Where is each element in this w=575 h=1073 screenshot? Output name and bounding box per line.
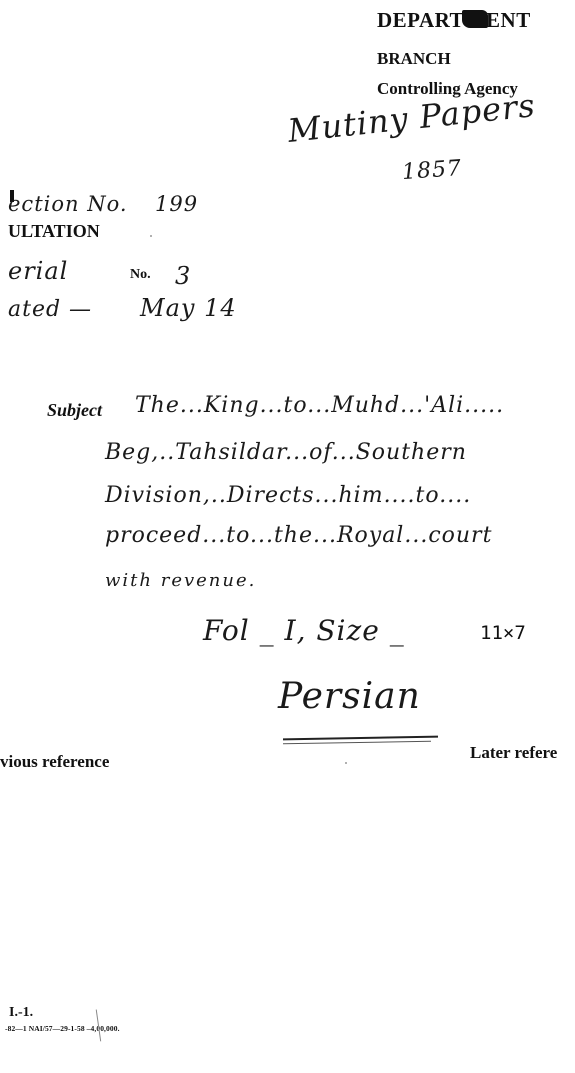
folio-size-handwritten: Fol _ I, Size _: [203, 614, 405, 647]
section-label-handwritten: ection No.: [8, 192, 128, 216]
serial-number-handwritten: 3: [175, 262, 191, 290]
previous-reference-label: vious reference: [0, 752, 109, 772]
number-label: No.: [130, 267, 151, 283]
dated-value-handwritten: May 14: [140, 294, 237, 322]
language-underline: [283, 741, 431, 745]
subject-line: Beg,..Tahsildar...of...Southern: [105, 440, 467, 465]
printer-imprint: -82—1 NAI/57—29-1-58 –4,00,000.: [5, 1024, 120, 1033]
stray-pen-mark: [88, 1010, 101, 1043]
subject-line: proceed...to...the...Royal...court: [105, 523, 492, 548]
form-code: I.-1.: [9, 1005, 33, 1021]
speck: [440, 92, 442, 94]
serial-label-handwritten: erial: [8, 257, 68, 285]
language-handwritten: Persian: [278, 676, 421, 717]
file-cover-sheet: DEPARTENT BRANCH Controlling Agency Muti…: [0, 0, 575, 1073]
department-prefix: DEPART: [377, 8, 464, 32]
language-underline: [283, 736, 438, 741]
subject-line: with revenue.: [105, 570, 256, 591]
redaction-blot-icon: [462, 10, 488, 28]
section-number-handwritten: 199: [155, 192, 198, 216]
consultation-label: ULTATION: [8, 221, 100, 242]
speck: [150, 235, 152, 237]
branch-label: BRANCH: [377, 49, 451, 69]
speck: [345, 762, 347, 764]
department-suffix: ENT: [486, 8, 531, 32]
size-value: 11×7: [480, 622, 526, 644]
collection-year-handwritten: 1857: [401, 156, 463, 185]
department-heading: DEPARTENT: [377, 8, 531, 33]
subject-label: Subject: [47, 400, 102, 421]
subject-line: Division,..Directs...him....to....: [105, 483, 471, 508]
subject-line: The...King...to...Muhd...'Ali.....: [135, 393, 504, 418]
later-reference-label: Later refere: [470, 743, 557, 763]
dated-label-handwritten: ated —: [8, 297, 92, 322]
